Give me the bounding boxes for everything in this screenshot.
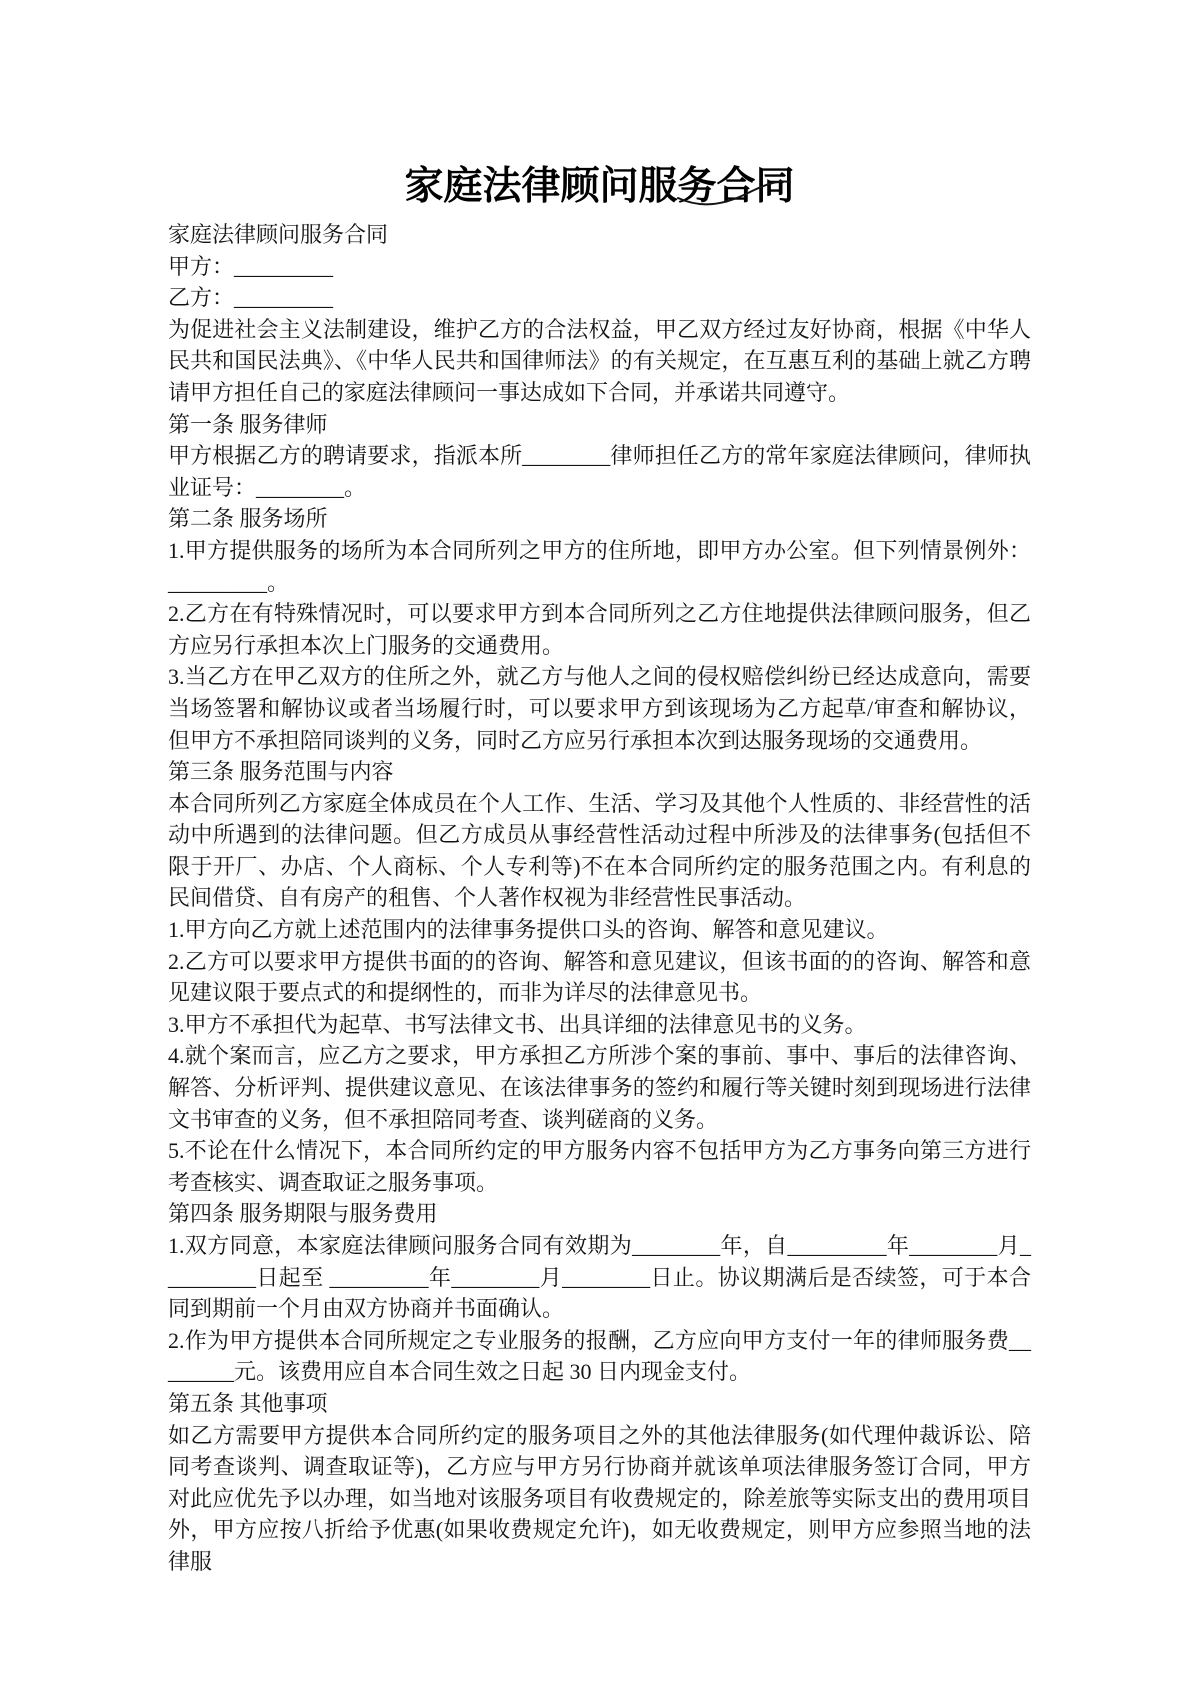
article-4-item-2: 2.作为甲方提供本合同所规定之专业服务的报酬，乙方应向甲方支付一年的律师服务费_… (168, 1325, 1031, 1388)
document-page: 家庭法律顾问服务合同 家庭法律顾问服务合同 甲方：_________ 乙方：__… (0, 0, 1190, 1683)
article-1-heading: 第一条 服务律师 (168, 409, 1031, 441)
document-body: 家庭法律顾问服务合同 甲方：_________ 乙方：_________ 为促进… (168, 219, 1031, 1578)
article-1-body: 甲方根据乙方的聘请要求，指派本所________律师担任乙方的常年家庭法律顾问，… (168, 440, 1031, 503)
preamble: 为促进社会主义法制建设，维护乙方的合法权益，甲乙双方经过友好协商，根据《中华人民… (168, 314, 1031, 409)
article-3-heading: 第三条 服务范围与内容 (168, 756, 1031, 788)
article-4-heading: 第四条 服务期限与服务费用 (168, 1198, 1031, 1230)
article-3-item-2: 2.乙方可以要求甲方提供书面的的咨询、解答和意见建议，但该书面的的咨询、解答和意… (168, 946, 1031, 1009)
article-2-item-1: 1.甲方提供服务的场所为本合同所列之甲方的住所地，即甲方办公室。但下列情景例外：… (168, 535, 1031, 598)
article-5-heading: 第五条 其他事项 (168, 1388, 1031, 1420)
article-2-item-2: 2.乙方在有特殊情况时，可以要求甲方到本合同所列之乙方住地提供法律顾问服务，但乙… (168, 598, 1031, 661)
document-content: 家庭法律顾问服务合同 家庭法律顾问服务合同 甲方：_________ 乙方：__… (168, 0, 1031, 1578)
article-3-item-3: 3.甲方不承担代为起草、书写法律文书、出具详细的法律意见书的义务。 (168, 1009, 1031, 1041)
article-5-body: 如乙方需要甲方提供本合同所约定的服务项目之外的其他法律服务(如代理仲裁诉讼、陪同… (168, 1420, 1031, 1578)
article-2-heading: 第二条 服务场所 (168, 503, 1031, 535)
article-4-item-1: 1.双方同意，本家庭法律顾问服务合同有效期为________年，自_______… (168, 1230, 1031, 1325)
article-3-item-4: 4.就个案而言，应乙方之要求，甲方承担乙方所涉个案的事前、事中、事后的法律咨询、… (168, 1040, 1031, 1135)
doc-subtitle: 家庭法律顾问服务合同 (168, 219, 1031, 251)
article-3-item-1: 1.甲方向乙方就上述范围内的法律事务提供口头的咨询、解答和意见建议。 (168, 914, 1031, 946)
article-2-item-3: 3.当乙方在甲乙双方的住所之外，就乙方与他人之间的侵权赔偿纠纷已经达成意向，需要… (168, 661, 1031, 756)
party-b-line: 乙方：_________ (168, 282, 1031, 314)
article-3-body: 本合同所列乙方家庭全体成员在个人工作、生活、学习及其他个人性质的、非经营性的活动… (168, 788, 1031, 914)
document-title: 家庭法律顾问服务合同 (168, 163, 1031, 211)
party-a-line: 甲方：_________ (168, 251, 1031, 283)
article-3-item-5: 5.不论在什么情况下，本合同所约定的甲方服务内容不包括甲方为乙方事务向第三方进行… (168, 1135, 1031, 1198)
